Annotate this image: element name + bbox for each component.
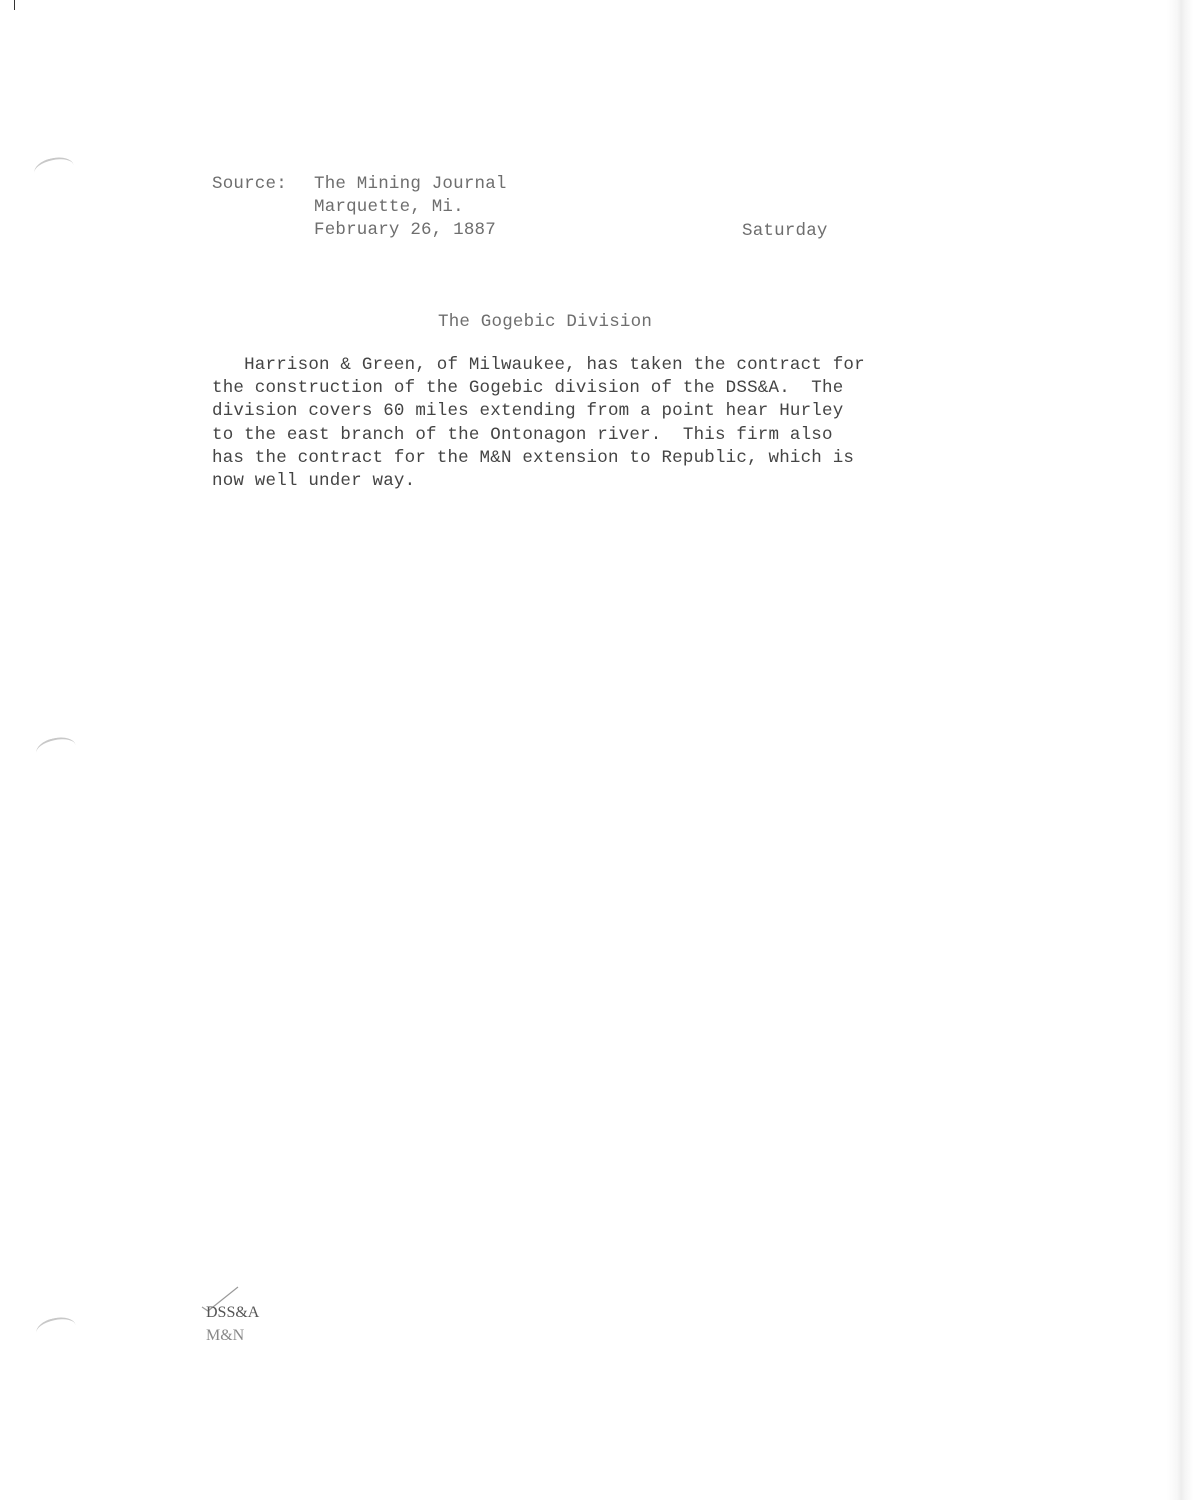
punch-hole-mark-top — [32, 154, 76, 184]
footer-tag-mn: M&N — [206, 1327, 244, 1345]
source-date: February 26, 1887 — [314, 219, 496, 242]
punch-hole-mark-bottom — [34, 1314, 78, 1344]
source-location: Marquette, Mi. — [314, 196, 464, 219]
source-label: Source: — [212, 173, 287, 196]
page-edge-shadow — [1167, 0, 1193, 1500]
scan-tick-mark — [14, 0, 15, 10]
article-title: The Gogebic Division — [438, 311, 652, 334]
article-line: the construction of the Gogebic division… — [212, 377, 843, 400]
footer-tag-dssa: DSS&A — [206, 1304, 259, 1322]
punch-hole-mark-middle — [34, 734, 78, 764]
source-weekday: Saturday — [742, 220, 828, 243]
source-publication: The Mining Journal — [314, 173, 507, 196]
article-line: to the east branch of the Ontonagon rive… — [212, 424, 833, 447]
article-line: now well under way. — [212, 470, 415, 493]
article-line: has the contract for the M&N extension t… — [212, 447, 854, 470]
article-line: Harrison & Green, of Milwaukee, has take… — [212, 354, 865, 377]
article-line: division covers 60 miles extending from … — [212, 400, 843, 423]
